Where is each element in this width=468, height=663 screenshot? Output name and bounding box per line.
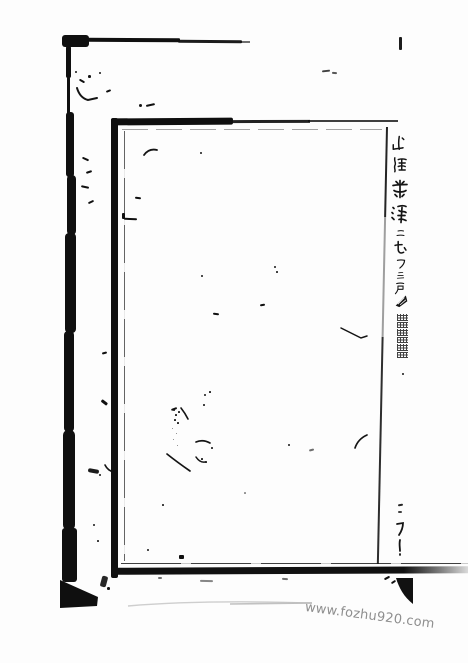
ink-dot (97, 540, 99, 542)
ink-bar (64, 331, 74, 432)
ink-bar (102, 351, 107, 354)
ink-bar (106, 89, 111, 93)
ink-bar (88, 200, 94, 204)
page-edge-curve (126, 597, 318, 611)
ink-dot (174, 419, 176, 421)
ink-dot (274, 266, 276, 268)
ink-bar (146, 103, 155, 107)
ink-dot (88, 75, 91, 78)
ink-dot (175, 414, 177, 416)
title-glyph-fragment (392, 271, 409, 281)
ink-dot (177, 445, 178, 446)
ink-dot (288, 444, 290, 446)
ink-blob (60, 580, 98, 608)
ink-bar (86, 170, 92, 174)
ink-stroke (195, 455, 206, 465)
ink-dot (200, 152, 202, 154)
ink-stroke (396, 522, 405, 537)
ink-bar (124, 218, 137, 221)
ink-dot (173, 439, 174, 440)
ink-bar (309, 448, 314, 451)
frame-border-bottom-thin (121, 563, 468, 565)
ink-bar (62, 35, 89, 47)
frame-border-left-thick (111, 118, 118, 578)
ink-dot (162, 504, 164, 506)
frame-border-top-thin (308, 120, 398, 122)
ink-dot (172, 428, 173, 429)
ink-bar (158, 577, 162, 579)
title-glyph-fragment (392, 228, 409, 239)
ink-bar (213, 313, 219, 316)
ink-dot (201, 275, 203, 277)
ink-stroke (179, 407, 190, 421)
scanned-genealogy-page: www.fozhu920.com (0, 0, 468, 663)
ink-stroke (354, 434, 369, 450)
title-glyph-fragment (392, 281, 409, 295)
ink-dot (177, 422, 179, 424)
ink-bar (67, 175, 76, 235)
ink-dot (147, 549, 149, 551)
ink-dot (99, 474, 101, 476)
ink-bar (260, 304, 265, 307)
title-glyph-fragment (393, 294, 410, 310)
ink-bar (135, 197, 141, 200)
ink-bar (65, 233, 76, 333)
ink-bar (79, 79, 85, 84)
title-glyph-fragment (393, 258, 409, 271)
ink-stroke (166, 453, 192, 473)
ink-dot (211, 447, 213, 449)
ink-bar (322, 70, 330, 73)
ink-bar (63, 430, 75, 530)
ink-stroke (398, 539, 403, 556)
title-glyph-fragment (391, 133, 406, 155)
ink-bar (62, 528, 77, 582)
ink-bar (86, 38, 180, 43)
frame-border-left-inner (124, 131, 126, 561)
title-strip (385, 128, 419, 368)
ink-bar (81, 185, 89, 189)
ink-dot (244, 492, 246, 494)
ink-bar (398, 504, 403, 507)
ink-stroke (143, 146, 158, 158)
ink-bar (101, 399, 108, 405)
ink-bar (67, 77, 70, 115)
ink-dot (173, 409, 175, 411)
ink-bar (282, 578, 288, 580)
torn-corner-blob (394, 578, 414, 606)
ink-dot (276, 271, 278, 273)
ink-dot (209, 391, 211, 393)
ink-dot (139, 104, 142, 107)
frame-border-bottom-thick (112, 566, 468, 575)
ink-bar (240, 41, 250, 43)
ink-bar (399, 37, 402, 50)
ink-bar (398, 511, 402, 513)
ink-stroke (195, 438, 212, 447)
frame-border-top-thick (111, 118, 233, 126)
ink-dot (93, 524, 95, 526)
title-glyph-fragment (390, 203, 410, 226)
title-glyph-fragment (390, 157, 410, 176)
ink-bar (100, 575, 109, 587)
ink-bar (178, 39, 242, 42)
ink-bar (200, 580, 213, 582)
ink-stroke (340, 327, 368, 341)
ink-bar (66, 112, 74, 177)
ink-dot (176, 433, 177, 434)
ink-bar (88, 468, 100, 474)
frame-border-top-inner (122, 129, 382, 130)
ink-bar (82, 157, 89, 162)
ink-stroke (76, 86, 98, 102)
ink-dot (75, 71, 77, 73)
ink-bar (179, 555, 184, 559)
ink-dot (203, 404, 205, 406)
ink-dot (107, 587, 110, 590)
ink-bar (332, 72, 337, 74)
title-glyph-fragment (392, 240, 409, 257)
title-glyph-fragment (390, 178, 410, 201)
ink-bar (66, 46, 71, 78)
frame-border-top-mid (230, 120, 310, 123)
ink-dot (402, 373, 404, 375)
ink-bar (384, 576, 390, 581)
ink-dot (99, 72, 101, 74)
ink-dot (204, 394, 206, 396)
